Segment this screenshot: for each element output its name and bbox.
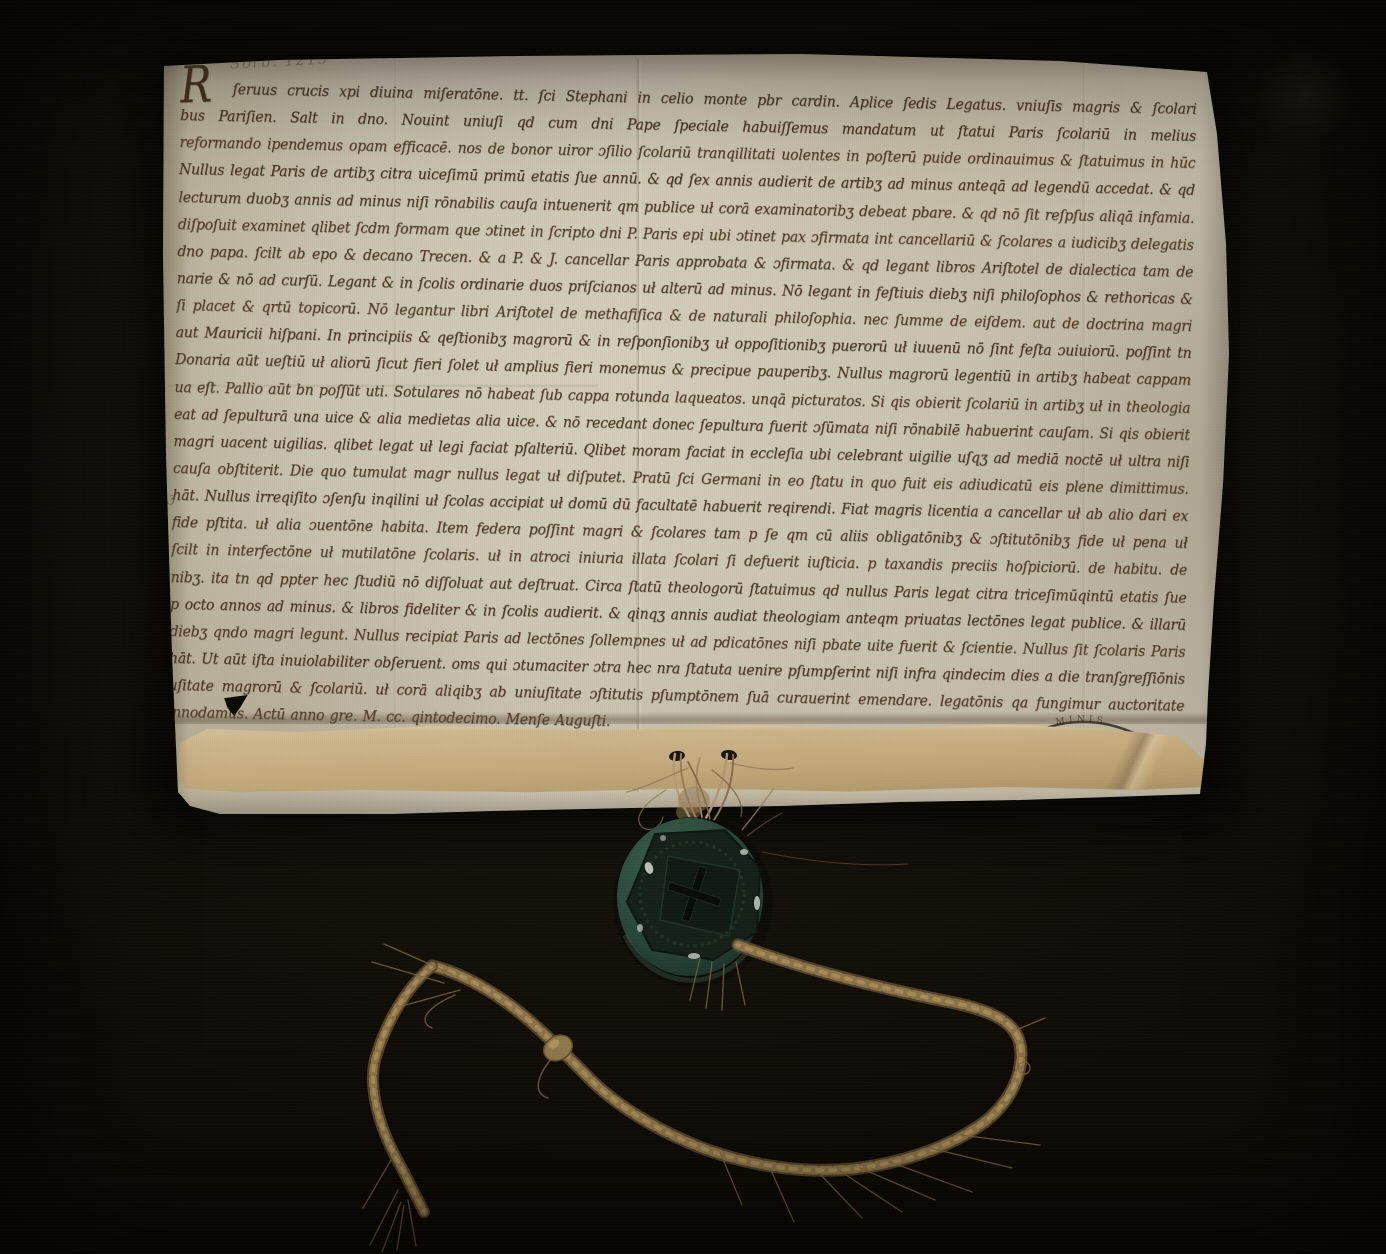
wax-chips	[637, 835, 760, 959]
hemp-cord-icon	[363, 944, 1045, 1252]
seal-impression	[627, 830, 760, 960]
charter-text-block: ſeruus crucis xpi diuina miſeratōne. tt.…	[168, 76, 1197, 748]
frayed-threads	[363, 944, 1045, 1252]
seal-disc	[617, 818, 763, 976]
plica-fold	[176, 720, 1210, 796]
seal-legend	[640, 842, 744, 946]
svg-text:MINIS: MINIS	[1055, 715, 1107, 728]
cord-knot	[538, 1030, 577, 1098]
parchment-charter: Sorb. 1215 R ſeruus crucis xpi diuina mi…	[160, 54, 1235, 818]
stamp-letters: MINIS	[1055, 715, 1107, 728]
seal-cross-icon	[660, 859, 729, 929]
photograph-of-medieval-charter: Sorb. 1215 R ſeruus crucis xpi diuina mi…	[0, 0, 1386, 1254]
cord-tail	[373, 966, 432, 1212]
